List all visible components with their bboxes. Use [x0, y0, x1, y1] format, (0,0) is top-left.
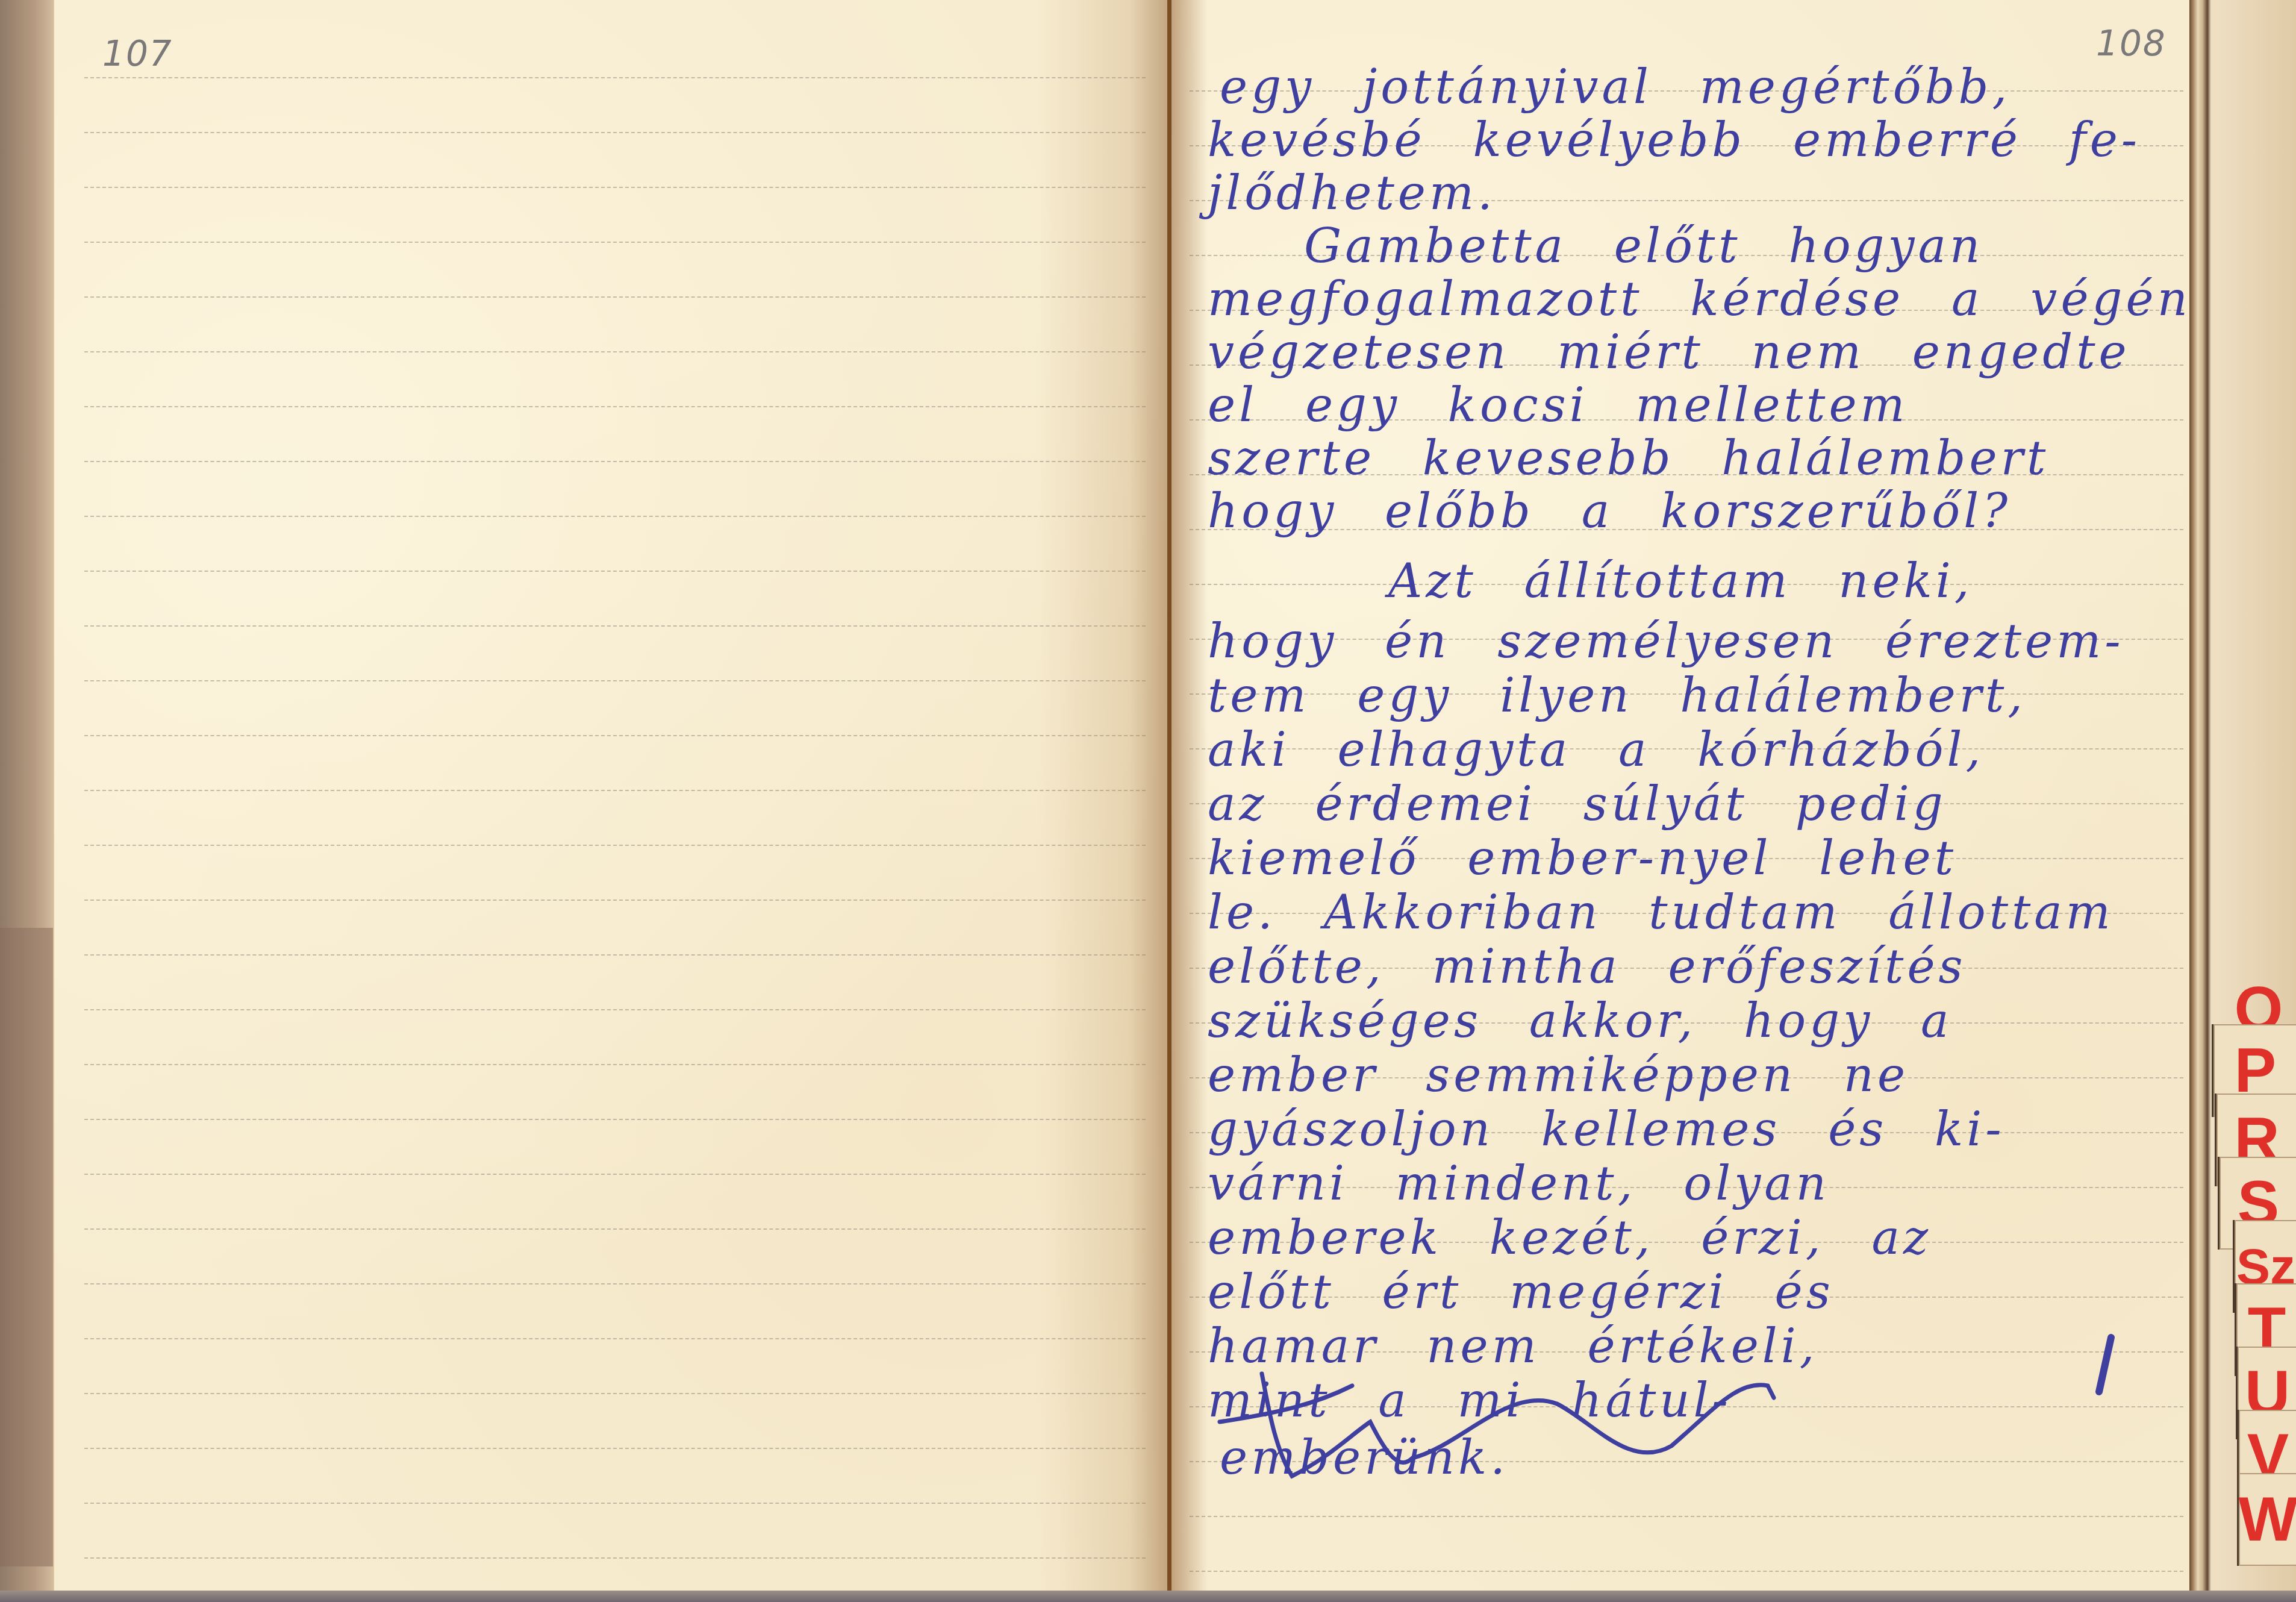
open-notebook: 107 108 egy jottányival megértőbb, kevés… — [0, 0, 2296, 1602]
ruled-line — [84, 790, 1146, 791]
ruled-line — [84, 954, 1146, 956]
ruled-line — [84, 1064, 1146, 1065]
ruled-line — [84, 1009, 1146, 1010]
gutter-shadow-left — [1037, 0, 1170, 1591]
ruled-line — [84, 296, 1146, 298]
ruled-line — [84, 1174, 1146, 1175]
handwritten-line: emberek kezét, érzi, az — [1208, 1211, 1932, 1265]
ruled-line — [84, 1448, 1146, 1449]
handwritten-line: Azt állítottam neki, — [1388, 554, 1973, 609]
ruled-line — [84, 571, 1146, 572]
ruled-line — [84, 1119, 1146, 1120]
handwritten-line: ember semmiképpen ne — [1208, 1048, 1909, 1103]
handwritten-line: előtt ért megérzi és — [1208, 1265, 1834, 1319]
page-number-right: 108 — [2096, 23, 2167, 64]
ruled-line — [84, 1393, 1146, 1394]
handwritten-line: hogy én személyesen éreztem- — [1208, 615, 2124, 669]
handwritten-line: jlődhetem. — [1208, 166, 1496, 221]
ruled-line — [84, 242, 1146, 243]
ruled-line — [84, 735, 1146, 736]
handwritten-line: mint a mi hátul- — [1208, 1374, 1732, 1428]
handwritten-line: hogy előbb a korszerűből? — [1208, 484, 2011, 539]
handwritten-line: egy jottányival megértőbb, — [1220, 60, 2011, 114]
right-page: 108 egy jottányival megértőbb, kevésbé k… — [1171, 0, 2189, 1591]
book-bottom-edge — [0, 1591, 2296, 1602]
ruled-line — [84, 132, 1146, 133]
ruled-line — [1190, 1516, 2183, 1517]
left-page-rules — [54, 0, 1170, 1591]
ruled-line — [84, 900, 1146, 901]
handwritten-line: várni mindent, olyan — [1208, 1157, 1830, 1211]
handwritten-line: gyászoljon kellemes és ki- — [1208, 1103, 2005, 1157]
index-tab-w[interactable]: W — [2239, 1473, 2296, 1566]
ruled-line — [84, 1503, 1146, 1504]
ruled-line — [84, 625, 1146, 627]
handwritten-line: aki elhagyta a kórházból, — [1208, 723, 1984, 777]
handwritten-line: előtte, mintha erőfeszítés — [1208, 940, 1967, 994]
ruled-line — [84, 1228, 1146, 1230]
handwritten-line: szükséges akkor, hogy a — [1208, 994, 1953, 1048]
left-page: 107 — [53, 0, 1170, 1591]
ruled-line — [84, 516, 1146, 517]
ruled-line — [84, 1283, 1146, 1284]
handwritten-line: hamar nem értékeli, — [1208, 1319, 1818, 1374]
ruled-line — [84, 406, 1146, 407]
handwritten-line: szerte kevesebb halálembert — [1208, 431, 2049, 486]
alphabet-index-tabs: O P R S Sz T U V W — [2189, 0, 2296, 1602]
ruled-line — [84, 1557, 1146, 1559]
ruled-line — [84, 77, 1146, 78]
ruled-line — [84, 680, 1146, 681]
handwritten-line: megfogalmazott kérdése a végén, — [1208, 272, 2210, 327]
handwritten-line: tem egy ilyen halálembert, — [1208, 669, 2026, 723]
handwritten-line: el egy kocsi mellettem — [1208, 378, 1909, 433]
ruled-line — [84, 1338, 1146, 1339]
ruled-line — [84, 461, 1146, 462]
ruled-line — [1190, 1571, 2183, 1572]
page-number-left: 107 — [102, 33, 173, 74]
ruled-line — [84, 187, 1146, 188]
handwritten-line: Gambetta előtt hogyan — [1304, 219, 1983, 274]
handwritten-line: kiemelő ember-nyel lehet — [1208, 831, 1957, 886]
ruled-line — [84, 351, 1146, 352]
handwritten-line: az érdemei súlyát pedig — [1208, 777, 1947, 831]
handwritten-line: végzetesen miért nem engedte — [1208, 325, 2130, 380]
ruled-line — [84, 845, 1146, 846]
gutter-shadow-right — [1171, 0, 1208, 1591]
handwritten-line: emberünk. — [1220, 1431, 1509, 1485]
handwritten-line: le. Akkoriban tudtam állottam — [1208, 886, 2114, 940]
handwritten-line: kevésbé kevélyebb emberré fe- — [1208, 113, 2141, 167]
